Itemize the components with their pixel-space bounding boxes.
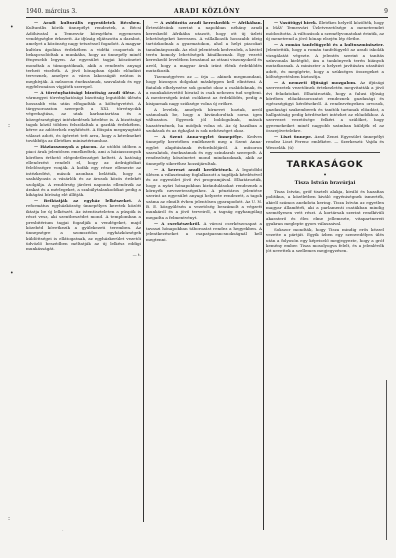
article: — A kereszt aradi kerületének. A legutób… [146,167,262,220]
margin-mark: : [8,515,10,522]
article-headline: — A román tanfelügyelő és a kultuszminis… [274,42,384,47]
section-subtitle: Tisza István bravúrjai [266,180,384,187]
article: Tizennégyéves az — írja — akinek megmond… [146,74,262,106]
article-headline: — Aradi kulturális egyesületek Bécsben. [34,20,141,25]
newspaper-page: 1940. március 3. ARADI KÖZLÖNY 9 • : • :… [0,0,396,558]
article-headline: — A Szent Anna-egylet ünnepélye. [154,134,243,139]
section-separator [270,152,380,153]
article: A levelek, amelyek hírnevet hoztak, arró… [146,107,262,134]
article-body: A vármegyei törvényhatósági bizottság le… [26,90,141,143]
article: — Vasútügyi hírek. Illetékes helyről köz… [266,20,384,41]
column-2: — A zsidózóta aradi kereskedők — Afrikáb… [146,20,262,508]
section-title: TARKASÁGOK [266,160,384,171]
article-body: Értesülésünk szerint a napokban néhány a… [146,25,262,73]
article-body: Tizennégyéves az — írja — akinek megmond… [146,74,262,106]
article-body: A református egyházközség ünnepélyes ker… [26,198,141,251]
article-headline: — Beiktatják az egyház lelkészeket. [34,198,132,203]
article: — Liszt ünnepe. Arad Zenei Egyesület ünn… [266,134,384,150]
newspaper-title: ARADI KÖZLÖNY [26,8,388,16]
section-paragraph: Tisza István, gróf tisztelt alakja, kivá… [266,189,384,226]
article-body: A legutóbbi ülésen a választmány foglalk… [146,167,262,220]
margin-mark: • [10,24,14,31]
scan-artifact: · [62,528,64,534]
article-headline: — Vasútügyi hírek. [274,20,317,25]
masthead: 1940. március 3. ARADI KÖZLÖNY 9 [26,8,388,18]
column-rule [263,20,264,530]
column-3: — Vasútügyi hírek. Illetékes helyről köz… [266,20,384,545]
article: — A Szent Anna-egylet ünnepélye. Kedves … [146,134,262,166]
article-headline: — A nemzeti ifjúsági mozgalom. [274,80,357,85]
article-headline: — A törvényhatósági bizottság aradi ülés… [34,90,136,95]
article: — A nemzeti ifjúsági mozgalom. Az ifjúsá… [266,80,384,133]
article: — Aradi kulturális egyesületek Bécsben. … [26,20,141,89]
bullet-ornament-icon: • [266,172,384,179]
article-headline: — A cserkészekről. [154,221,200,226]
section-paragraph: Sokszor mondták, hogy Tisza mindig erős … [266,227,384,254]
article-headline: — A kereszt aradi kerületének. [154,167,233,172]
article-body: Az ifjúsági szervezetek vezetőinek értek… [266,80,384,133]
page-edge-rule [386,380,387,540]
article-headline: — A zsidózóta aradi kereskedők — Afrikáb… [154,20,262,25]
article-headline: — Háziasszonyok a piacon. [34,144,98,149]
article-body: Az utóbbi időben a piaci árak jelentősen… [26,144,141,197]
article: — A törvényhatósági bizottság aradi ülés… [26,90,141,143]
article: — Beiktatják az egyház lelkészeket. A re… [26,198,141,251]
article: — A román tanfelügyelő és a kultuszminis… [266,42,384,79]
signoff: — t. [26,252,141,257]
margin-mark: : [8,122,10,129]
article-body: A levelek, amelyek hírnevet hoztak, arró… [146,107,262,133]
column-1: — Aradi kulturális egyesületek Bécsben. … [26,20,141,522]
article-body: Kulturális körök ünnepélyt rendeztek, a … [26,25,141,89]
article: — A cserkészekről. A városi cserkészcsap… [146,221,262,242]
article: — A zsidózóta aradi kereskedők — Afrikáb… [146,20,262,73]
column-rule [143,20,144,522]
article-headline: — Liszt ünnepe. [274,134,312,139]
article-body: Kedves ünnepély keretében emlékezett meg… [146,134,262,166]
margin-mark: • [10,270,14,277]
page-number: 9 [384,8,388,16]
article-body: Jelentettük, hogy a román tanfelügyelő a… [266,47,384,79]
article: — Háziasszonyok a piacon. Az utóbbi időb… [26,144,141,197]
